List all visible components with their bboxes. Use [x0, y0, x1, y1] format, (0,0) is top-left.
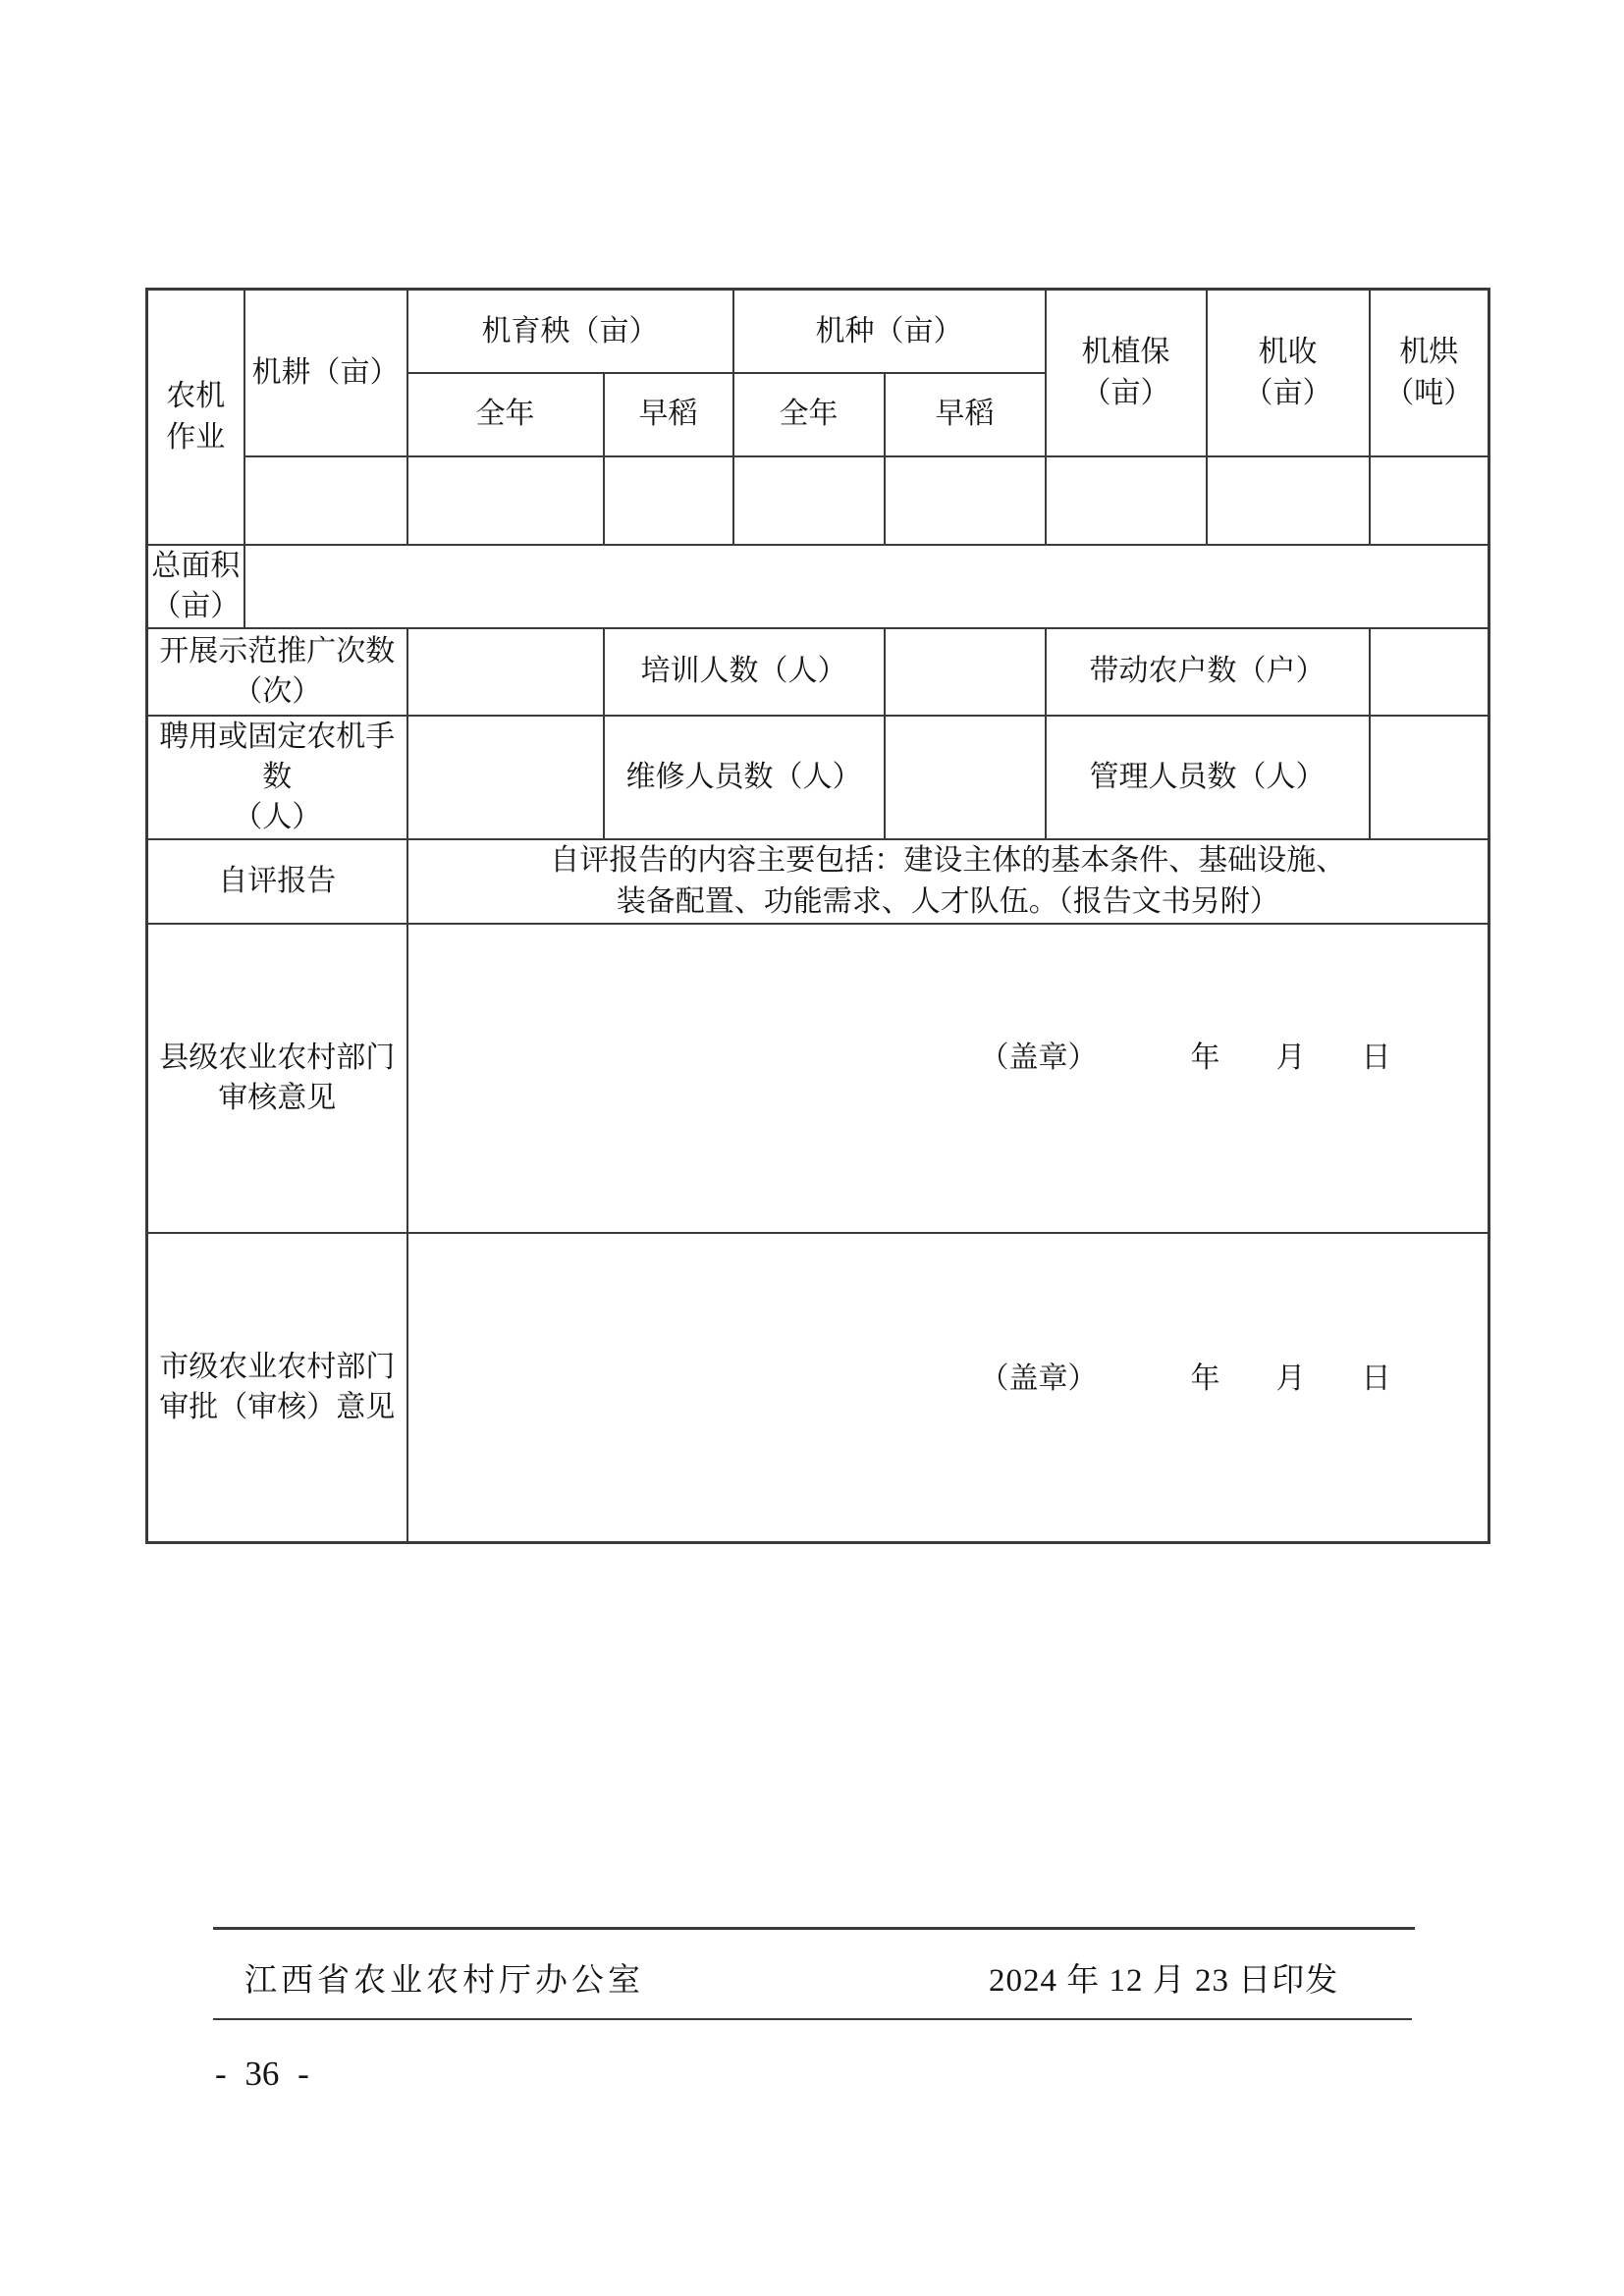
label-county-review-opinion: 县级农业农村部门 审核意见	[147, 924, 407, 1233]
value-cell-harvest	[1207, 456, 1370, 545]
header-cell-machine-plant-protection: 机植保 （亩）	[1046, 290, 1207, 456]
label-management-personnel: 管理人员数（人）	[1046, 716, 1370, 839]
value-cell-driven-households	[1370, 628, 1489, 716]
label-demonstration-promotion-count: 开展示范推广次数 （次）	[147, 628, 407, 716]
county-seal-date-line: （盖章） 年 月 日	[408, 1038, 1489, 1078]
value-cell-planting-full-year	[733, 456, 885, 545]
value-cell-management-personnel	[1370, 716, 1489, 839]
label-city-approval-opinion: 市级农业农村部门 审批（审核）意见	[147, 1233, 407, 1543]
city-seal-label: （盖章）	[980, 1359, 1098, 1399]
label-hired-machine-operators: 聘用或固定农机手数 （人）	[147, 716, 407, 839]
value-cell-planting-early-rice	[885, 456, 1046, 545]
city-date-month: 月	[1276, 1359, 1306, 1399]
colophon-print-date: 2024 年 12 月 23 日印发	[989, 1959, 1338, 2002]
value-cell-training-persons	[885, 628, 1046, 716]
city-date-day: 日	[1362, 1359, 1391, 1399]
colophon-top-rule	[213, 1927, 1415, 1930]
corner-cell-machinery-operation: 农机 作业	[147, 290, 244, 545]
value-cell-drying	[1370, 456, 1489, 545]
value-cell-seedling-early-rice	[604, 456, 733, 545]
colophon-issuer: 江西省农业农村厅办公室	[244, 1959, 644, 2002]
value-cell-hired-machine-operators	[407, 716, 604, 839]
subheader-seedling-early-rice: 早稻	[604, 373, 733, 456]
header-cell-machine-planting: 机种（亩）	[733, 290, 1046, 373]
value-cell-seedling-full-year	[407, 456, 604, 545]
city-date-year: 年	[1191, 1359, 1220, 1399]
city-seal-date-line: （盖章） 年 月 日	[408, 1359, 1489, 1399]
value-cell-total-area	[244, 545, 1489, 628]
page-number: - 36 -	[215, 2053, 309, 2096]
county-date-year: 年	[1191, 1038, 1220, 1078]
county-seal-label: （盖章）	[980, 1038, 1098, 1078]
header-cell-machine-seedling: 机育秧（亩）	[407, 290, 733, 373]
header-cell-machine-harvest: 机收 （亩）	[1207, 290, 1370, 456]
subheader-planting-early-rice: 早稻	[885, 373, 1046, 456]
label-training-persons: 培训人数（人）	[604, 628, 885, 716]
value-cell-machine-tillage	[244, 456, 407, 545]
content-self-evaluation-report: 自评报告的内容主要包括：建设主体的基本条件、基础设施、 装备配置、功能需求、人才…	[407, 839, 1489, 924]
document-page: 农机 作业 机耕（亩） 机育秧（亩） 机种（亩） 机植保 （亩） 机收 （亩） …	[0, 0, 1624, 2296]
colophon-bottom-rule	[213, 2018, 1412, 2020]
value-cell-plant-protection	[1046, 456, 1207, 545]
machinery-operation-form-table: 农机 作业 机耕（亩） 机育秧（亩） 机种（亩） 机植保 （亩） 机收 （亩） …	[145, 288, 1490, 1544]
label-total-area: 总面积 （亩）	[147, 545, 244, 628]
label-driven-households: 带动农户数（户）	[1046, 628, 1370, 716]
header-cell-machine-tillage: 机耕（亩）	[244, 290, 407, 456]
county-date-month: 月	[1276, 1038, 1306, 1078]
content-county-review-opinion: （盖章） 年 月 日	[407, 924, 1489, 1233]
value-cell-demonstration-promotion-count	[407, 628, 604, 716]
header-cell-machine-drying: 机烘 （吨）	[1370, 290, 1489, 456]
content-city-approval-opinion: （盖章） 年 月 日	[407, 1233, 1489, 1543]
county-date-day: 日	[1362, 1038, 1391, 1078]
subheader-seedling-full-year: 全年	[407, 373, 604, 456]
label-self-evaluation-report: 自评报告	[147, 839, 407, 924]
value-cell-repair-personnel	[885, 716, 1046, 839]
subheader-planting-full-year: 全年	[733, 373, 885, 456]
label-repair-personnel: 维修人员数（人）	[604, 716, 885, 839]
